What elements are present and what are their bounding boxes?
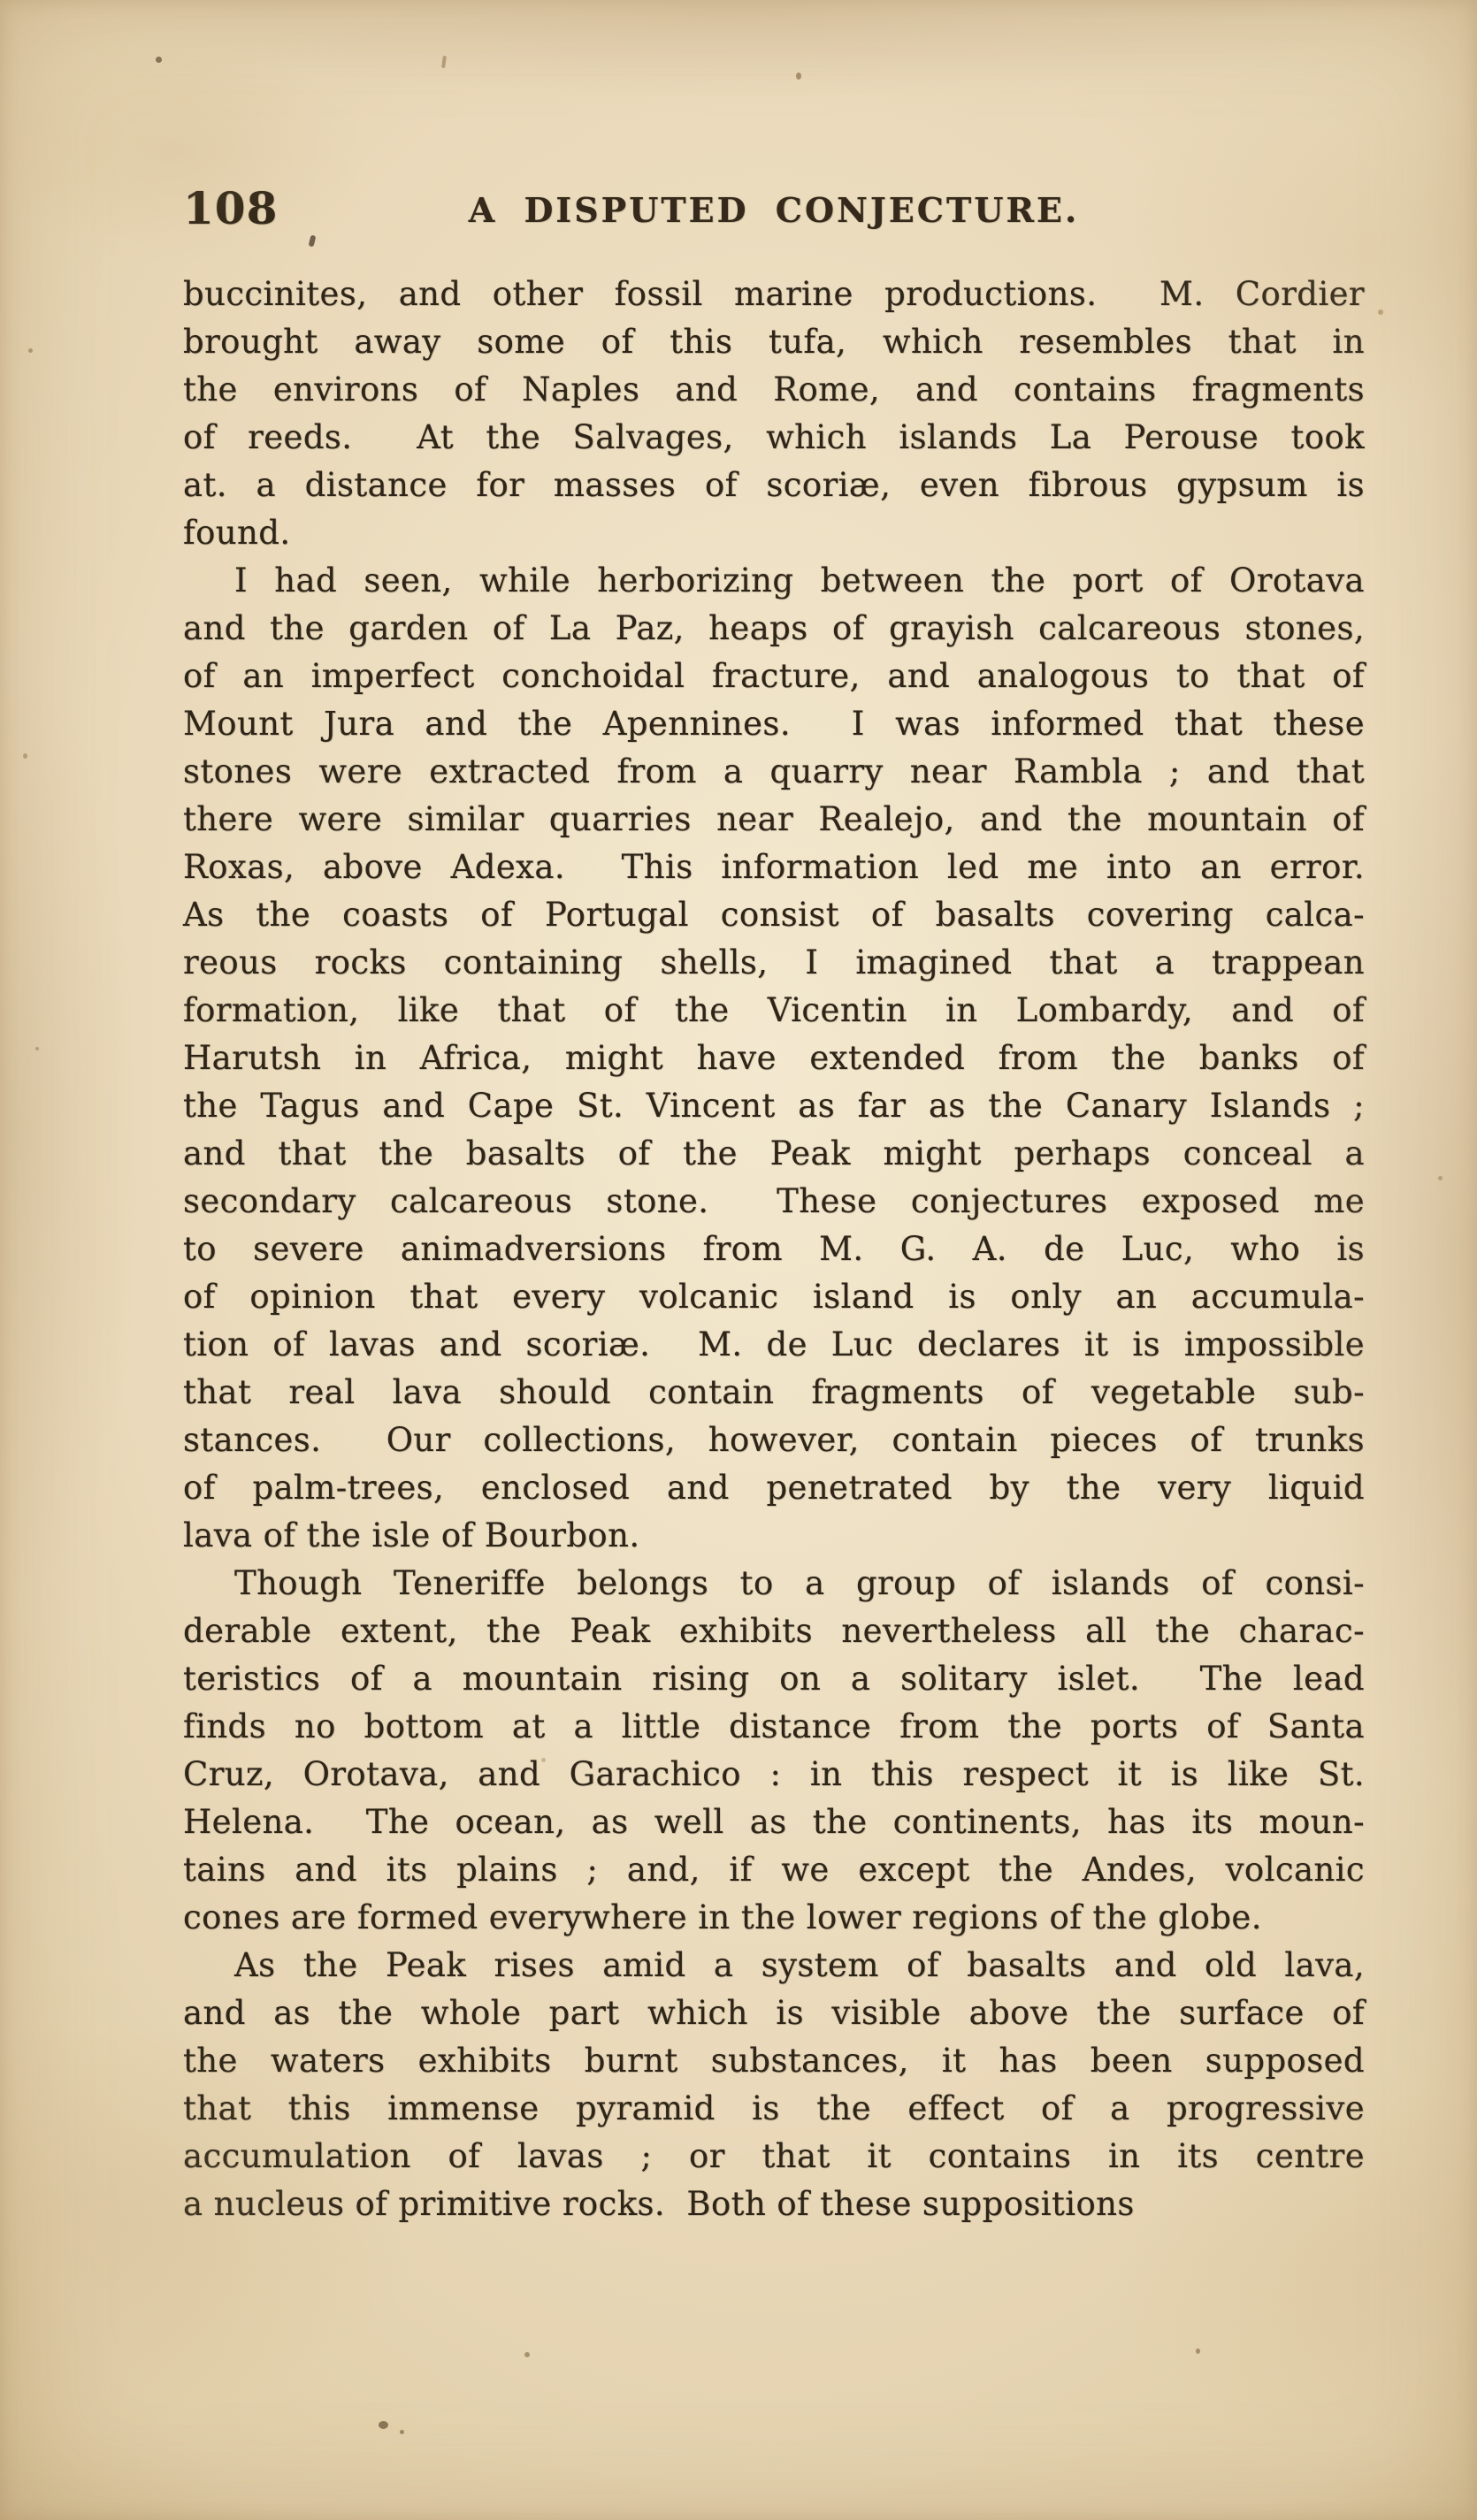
text-line: Mount Jura and the Apennines. I was info… <box>183 700 1365 748</box>
text-line: formation, like that of the Vicentin in … <box>183 987 1365 1035</box>
text-line: the environs of Naples and Rome, and con… <box>183 366 1365 414</box>
text-line: secondary calcareous stone. These conjec… <box>183 1178 1365 1226</box>
paper-speck <box>23 753 27 759</box>
page-body: buccinites, and other fossil marine prod… <box>183 271 1365 2228</box>
text-line: brought away some of this tufa, which re… <box>183 318 1365 366</box>
paper-speck <box>1438 1176 1443 1180</box>
text-line: derable extent, the Peak exhibits nevert… <box>183 1607 1365 1655</box>
paper-speck <box>524 2352 530 2357</box>
paper-speck <box>28 348 33 353</box>
paper-speck <box>1196 2348 1200 2354</box>
text-line: tion of lavas and scoriæ. M. de Luc decl… <box>183 1321 1365 1369</box>
text-line: and as the whole part which is visible a… <box>183 1989 1365 2037</box>
paper-speck <box>796 73 801 80</box>
page-header: 108 A DISPUTED CONJECTURE. <box>183 182 1365 235</box>
text-line: Cruz, Orotava, and Garachico : in this r… <box>183 1751 1365 1798</box>
text-line: Harutsh in Africa, might have extended f… <box>183 1035 1365 1082</box>
text-line: finds no bottom at a little distance fro… <box>183 1703 1365 1751</box>
text-line: found. <box>183 509 1365 557</box>
text-line: lava of the isle of Bourbon. <box>183 1512 1365 1560</box>
text-line: the Tagus and Cape St. Vincent as far as… <box>183 1082 1365 1130</box>
text-line: and the garden of La Paz, heaps of grayi… <box>183 605 1365 653</box>
text-line: buccinites, and other fossil marine prod… <box>183 271 1365 318</box>
paper-speck <box>400 2430 404 2434</box>
text-line: stones were extracted from a quarry near… <box>183 748 1365 796</box>
text-line: teristics of a mountain rising on a soli… <box>183 1655 1365 1703</box>
text-line: accumulation of lavas ; or that it conta… <box>183 2133 1365 2180</box>
text-line: tains and its plains ; and, if we except… <box>183 1846 1365 1894</box>
text-line: that this immense pyramid is the effect … <box>183 2085 1365 2133</box>
text-line: Roxas, above Adexa. This information led… <box>183 844 1365 891</box>
text-line: reous rocks containing shells, I imagine… <box>183 939 1365 987</box>
text-line: Helena. The ocean, as well as the contin… <box>183 1798 1365 1846</box>
paper-speck <box>379 2421 388 2429</box>
paper-speck <box>309 234 317 247</box>
text-line: cones are formed everywhere in the lower… <box>183 1894 1365 1942</box>
text-line: the waters exhibits burnt substances, it… <box>183 2037 1365 2085</box>
paper-speck <box>1378 309 1383 315</box>
text-line: there were similar quarries near Realejo… <box>183 796 1365 844</box>
running-title: A DISPUTED CONJECTURE. <box>183 190 1365 230</box>
text-line: of opinion that every volcanic island is… <box>183 1273 1365 1321</box>
paper-speck <box>156 57 162 63</box>
text-line: that real lava should contain fragments … <box>183 1369 1365 1417</box>
text-line: at. a distance for masses of scoriæ, eve… <box>183 462 1365 509</box>
paper-speck <box>35 1047 39 1050</box>
text-line: of an imperfect conchoidal fracture, and… <box>183 653 1365 700</box>
scanned-book-page: { "page": { "number": "108", "running_ti… <box>0 0 1477 2520</box>
text-line: As the coasts of Portugal consist of bas… <box>183 891 1365 939</box>
text-line: a nucleus of primitive rocks. Both of th… <box>183 2180 1365 2228</box>
text-line: Though Teneriffe belongs to a group of i… <box>183 1560 1365 1607</box>
paper-speck <box>441 56 447 68</box>
text-line: stances. Our collections, however, conta… <box>183 1417 1365 1464</box>
text-line: I had seen, while herborizing between th… <box>183 557 1365 605</box>
text-line: of palm-trees, enclosed and penetrated b… <box>183 1464 1365 1512</box>
text-line: and that the basalts of the Peak might p… <box>183 1130 1365 1178</box>
text-line: to severe animadversions from M. G. A. d… <box>183 1226 1365 1273</box>
text-line: As the Peak rises amid a system of basal… <box>183 1942 1365 1989</box>
text-line: of reeds. At the Salvages, which islands… <box>183 414 1365 462</box>
